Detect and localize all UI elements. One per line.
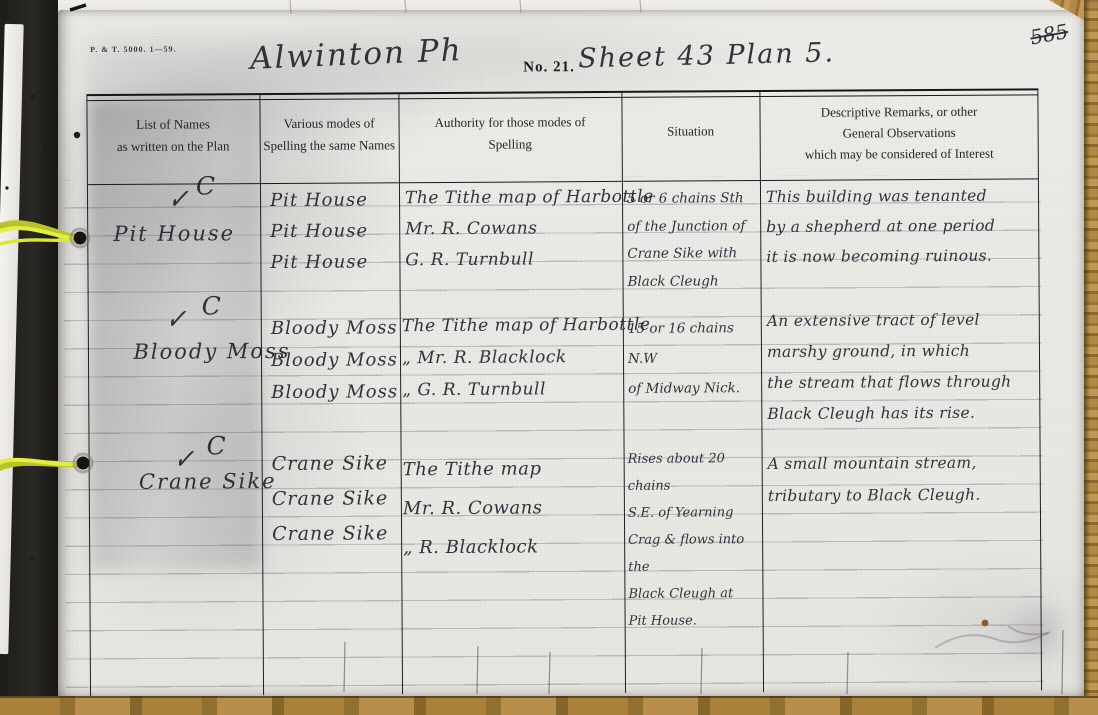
folio-number: 585 [1028,19,1070,49]
sheet-plan-title: Sheet 43 Plan 5. [578,37,836,74]
situation-text: 5 or 6 chains Sth of the Junction of Cra… [627,185,760,296]
scanned-name-book-page: P. & T. 5000. 1—59. Alwinton Ph No. 21. … [0,0,1098,715]
spellings-list: Bloody Moss Bloody Moss Bloody Moss [271,312,398,409]
spellings-list: Pit House Pit House Pit House [270,184,368,278]
desk-wood-right [1084,0,1098,715]
place-name: Pit House [99,221,249,246]
authority-list: The Tithe map of Harbottle Mr. R. Cowans… [405,182,654,277]
form-code: P. & T. 5000. 1—59. [90,45,176,55]
desk-wood-bottom [0,696,1098,715]
column-header-remarks: Descriptive Remarks, or other General Ob… [759,100,1038,165]
column-line [86,96,91,696]
remarks-text: This building was tenanted by a shepherd… [766,181,995,272]
column-header-situation: Situation [622,120,760,143]
spellings-list: Crane Sike Crane Sike Crane Sike [272,446,389,552]
column-header-spelling-modes: Various modes of Spelling the same Names [260,112,399,157]
page-no-label: No. 21. [523,59,575,76]
situation-text: 15 or 16 chains N.W of Midway Nick. [628,313,761,404]
examiner-initial: C [196,171,215,200]
column-line [259,95,264,695]
situation-text: Rises about 20 chains S.E. of Yearning C… [628,445,761,635]
column-line [1037,90,1042,690]
authority-list: The Tithe map of Harbottle „ Mr. R. Blac… [402,309,651,407]
column-header-authority: Authority for those modes of Spelling [399,111,622,156]
examiner-initial: C [202,291,221,320]
examiner-initial: C [206,431,225,460]
authority-list: The Tithe map Mr. R. Cowans „ R. Blacklo… [403,449,543,567]
remarks-text: A small mountain stream, tributary to Bl… [768,447,981,512]
printed-and-written-content: P. & T. 5000. 1—59. Alwinton Ph No. 21. … [0,0,1098,715]
parish-title: Alwinton Ph [249,32,463,77]
remarks-text: An extensive tract of level marshy groun… [767,305,1012,430]
double-top-border [86,94,1038,101]
column-header-names: List of Names as written on the Plan [87,113,260,158]
